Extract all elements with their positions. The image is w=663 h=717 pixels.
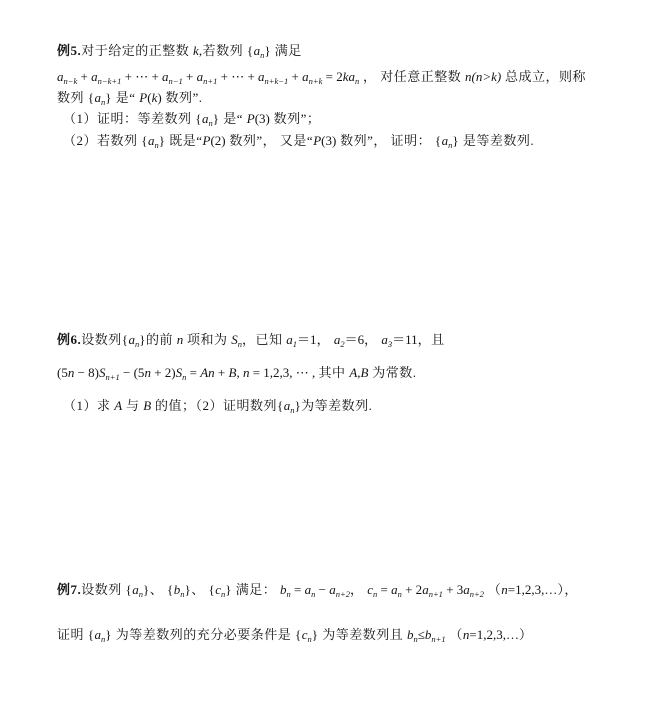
example-5-formula-line: an−k + an−k+1 + ⋯ + an−1 + an+1 + ⋯ + an… — [57, 68, 586, 86]
example-6-formula-line: (5n − 8)Sn+1 − (5n + 2)Sn = An + B, n = … — [57, 364, 416, 382]
example-7-proof-line: 证明 {an} 为等差数列的充分必要条件是 {cn} 为等差数列且 bn≤bn+… — [57, 626, 532, 644]
document-page: 例5.对于给定的正整数 k,若数列 {an} 满足 an−k + an−k+1 … — [0, 0, 663, 717]
example-5-part-2-line: （2）若数列 {an} 既是“P(2) 数列”， 又是“P(3) 数列”， 证明… — [63, 132, 534, 150]
example-6-heading-line: 例6.设数列{an}的前 n 项和为 Sn，已知 a1＝1， a2＝6， a3＝… — [57, 331, 445, 349]
example-5-definition-line: 数列 {an} 是“ P(k) 数列”. — [57, 89, 202, 107]
example-5-part-1-line: （1）证明：等差数列 {an} 是“ P(3) 数列”； — [63, 110, 320, 128]
example-6-parts-line: （1）求 A 与 B 的值；（2）证明数列{an}为等差数列. — [63, 397, 372, 415]
example-7-heading-line: 例7.设数列 {an}、 {bn}、 {cn} 满足： bn = an − an… — [57, 581, 578, 599]
example-5-heading-line: 例5.对于给定的正整数 k,若数列 {an} 满足 — [57, 42, 302, 60]
